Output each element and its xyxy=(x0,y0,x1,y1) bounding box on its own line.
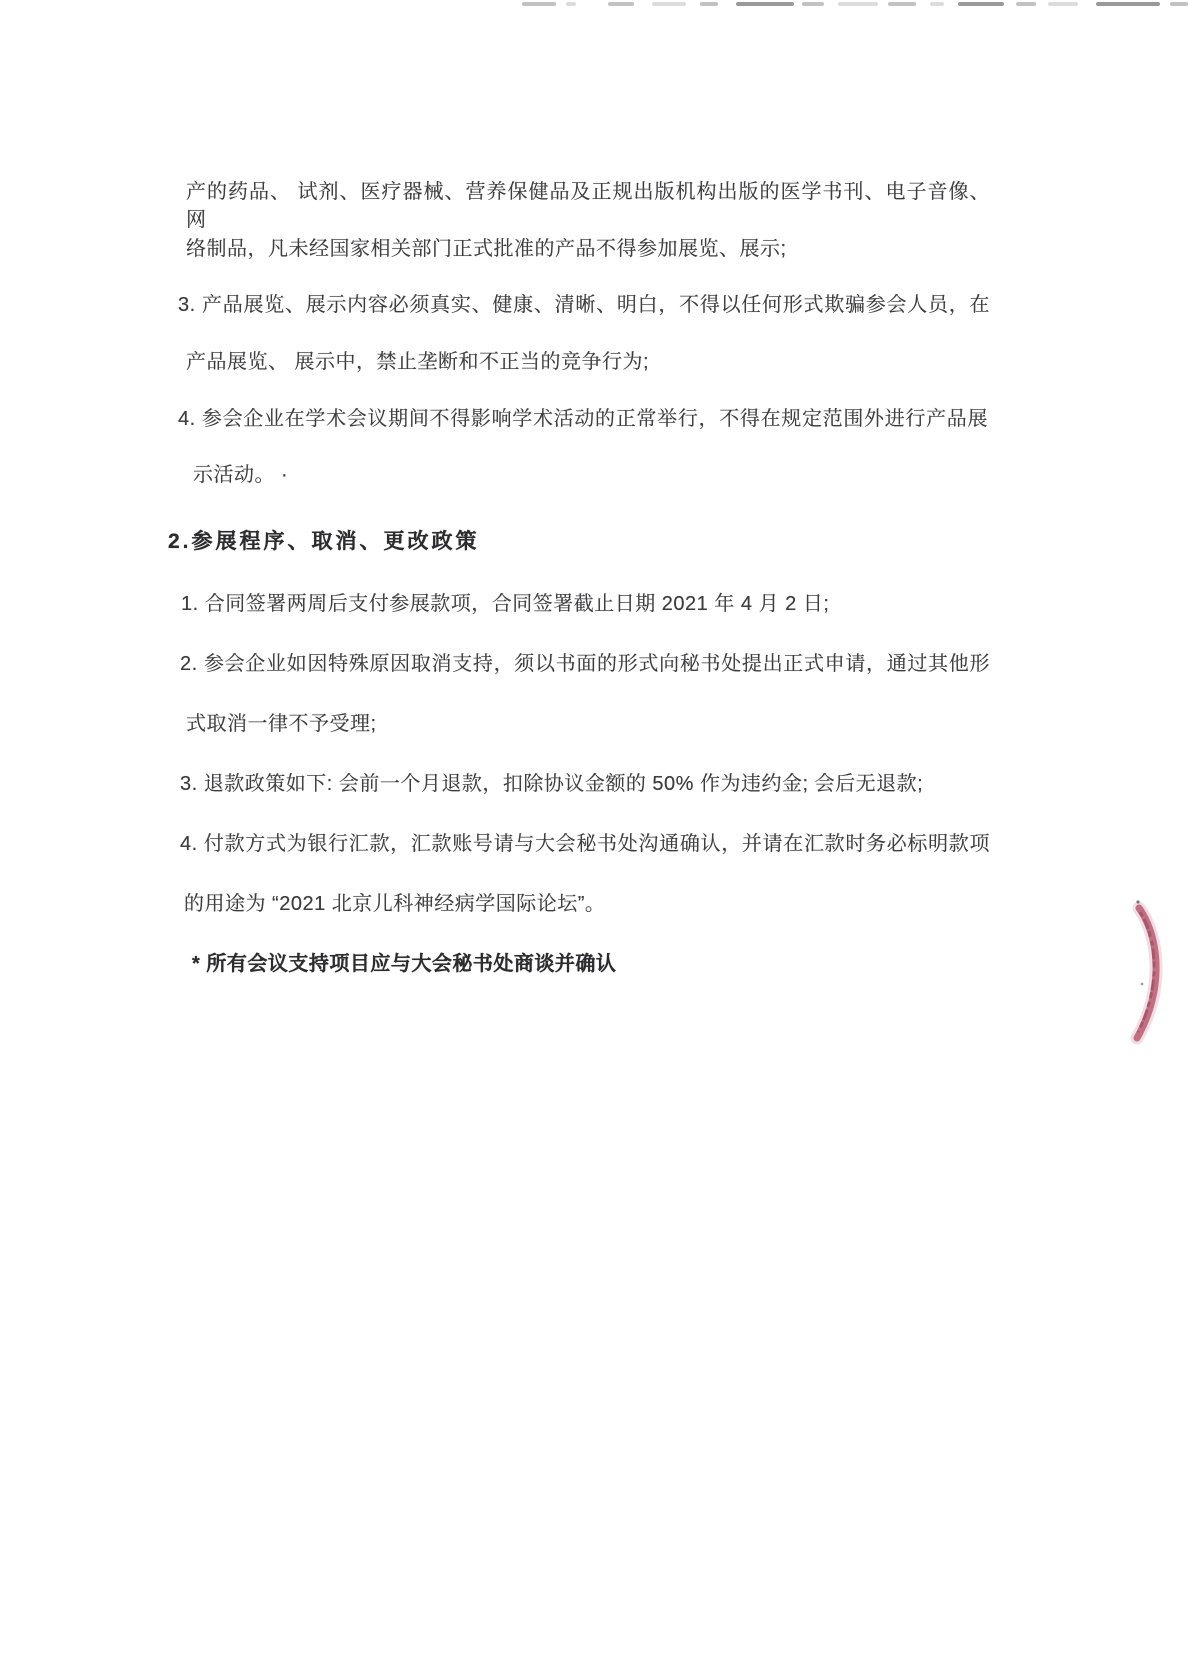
text-line: 3. 产品展览、展示内容必须真实、健康、清晰、明白，不得以任何形式欺骗参会人员，… xyxy=(178,291,990,319)
text-line: 1. 合同签署两周后支付参展款项，合同签署截止日期 2021 年 4 月 2 日… xyxy=(181,590,829,618)
text-line: 示活动。 · xyxy=(193,461,288,489)
document-page: 产的药品、 试剂、医疗器械、营养保健品及正规出版机构出版的医学书刊、电子音像、网… xyxy=(0,0,1195,1654)
section-heading: 2.参展程序、取消、更改政策 xyxy=(168,528,480,556)
text-line: 4. 参会企业在学术会议期间不得影响学术活动的正常举行，不得在规定范围外进行产品… xyxy=(178,405,988,433)
text-line: 产品展览、 展示中，禁止垄断和不正当的竞争行为; xyxy=(186,348,649,376)
text-line: 产的药品、 试剂、医疗器械、营养保健品及正规出版机构出版的医学书刊、电子音像、网 xyxy=(186,178,990,234)
text-line: 2. 参会企业如因特殊原因取消支持，须以书面的形式向秘书处提出正式申请，通过其他… xyxy=(180,650,990,678)
text-line: 的用途为 “2021 北京儿科神经病学国际论坛”。 xyxy=(184,890,605,918)
text-line: 式取消一律不予受理; xyxy=(186,710,377,738)
scan-artifact-top-edge xyxy=(0,0,1195,12)
text-line: 4. 付款方式为银行汇款，汇款账号请与大会秘书处沟通确认，并请在汇款时务必标明款… xyxy=(180,830,990,858)
text-line: 络制品，凡未经国家相关部门正式批准的产品不得参加展览、展示; xyxy=(186,235,787,263)
note-line: * 所有会议支持项目应与大会秘书处商谈并确认 xyxy=(192,950,616,978)
text-line: 3. 退款政策如下: 会前一个月退款，扣除协议金额的 50% 作为违约金; 会后… xyxy=(180,770,923,798)
red-stamp-arc xyxy=(1116,892,1186,1052)
